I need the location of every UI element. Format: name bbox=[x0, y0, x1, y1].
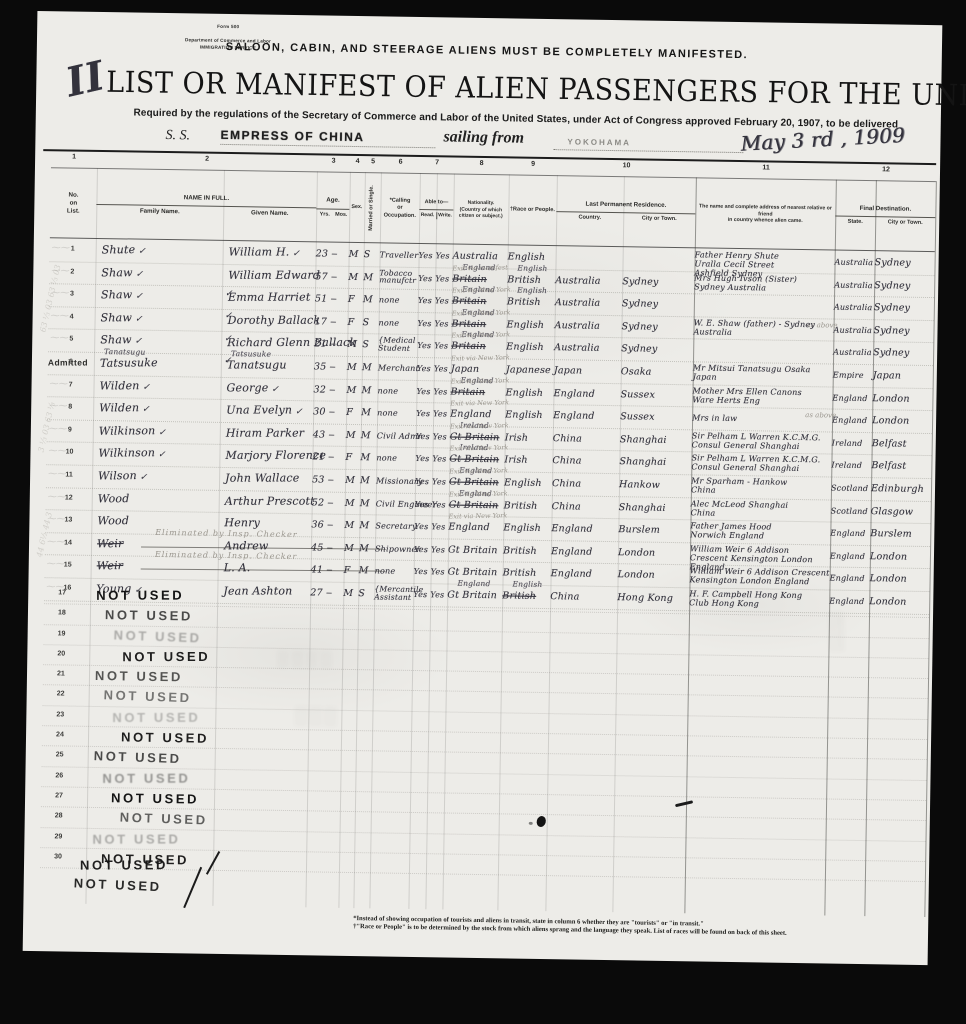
destination-state: Australia bbox=[834, 303, 873, 313]
cell-residence-country: Japan bbox=[554, 360, 621, 383]
col-number: 12 bbox=[836, 166, 936, 182]
row-number: 17 bbox=[58, 589, 66, 596]
cell-destination-city: Sydney bbox=[873, 320, 933, 343]
cell-race: English bbox=[505, 405, 553, 427]
residence-city: London bbox=[618, 569, 655, 581]
cell-given-name: Hiram Parker bbox=[220, 423, 313, 446]
can-read: Yes bbox=[415, 500, 429, 509]
nationality: Britain bbox=[452, 296, 487, 308]
cell-occupation: Traveller bbox=[379, 244, 418, 266]
pencil-correction: Tatsusuke bbox=[231, 349, 271, 359]
cell-family-name: Shaw✓ bbox=[95, 263, 222, 287]
residence-city: Shanghai bbox=[620, 434, 667, 446]
residence-city: Burslem bbox=[618, 524, 660, 536]
faint-margin-scribble: ⁓⁓ bbox=[50, 379, 69, 389]
given-name: Arthur Prescott bbox=[225, 494, 315, 507]
family-name: Wilden bbox=[99, 401, 139, 414]
check-mark: ✓ bbox=[135, 337, 143, 347]
cell-married-single: M bbox=[361, 380, 377, 402]
cell-residence-city bbox=[622, 248, 694, 271]
race-or-people: British bbox=[507, 297, 541, 309]
header-final-destination: Final Destination. State. City or Town. bbox=[835, 182, 936, 252]
can-read: Yes bbox=[418, 319, 432, 328]
cell-read: Yes bbox=[417, 313, 434, 335]
exit-via-note: Exit via New York bbox=[450, 421, 509, 430]
header-age: Age. Yrs. Mos. bbox=[316, 173, 350, 242]
cell-residence-city: Shanghai bbox=[619, 497, 691, 520]
race-or-people: English bbox=[503, 522, 541, 534]
not-used-stamp: NOT USED bbox=[103, 688, 191, 706]
relative-address: Father James Hood Norwich England bbox=[690, 521, 772, 540]
relative-address: Sir Pelham L Warren K.C.M.G. Consul Gene… bbox=[691, 454, 820, 474]
family-name: Shaw bbox=[100, 333, 132, 346]
cell-nationality: AustraliaExit via manifest bbox=[452, 246, 507, 268]
eliminated-note: Eliminated by Insp. Checker bbox=[155, 550, 297, 561]
cell-read: Yes bbox=[417, 358, 434, 380]
destination-city: Sydney bbox=[873, 325, 909, 337]
manifest-title: LIST OR MANIFEST OF ALIEN PASSENGERS FOR… bbox=[106, 66, 936, 113]
destination-state: Australia bbox=[835, 258, 874, 268]
destination-city: Belfast bbox=[871, 460, 906, 472]
cell-destination-city: Japan bbox=[873, 365, 933, 388]
cell-given-name: TatsusukeTanatsugu bbox=[221, 355, 314, 378]
nationality: England bbox=[450, 409, 492, 421]
occupation: Traveller bbox=[380, 250, 419, 260]
cell-relative-address: Mrs in lawas above bbox=[692, 407, 832, 431]
cell-residence-city: Osaka bbox=[621, 361, 693, 384]
residence-city: Sydney bbox=[621, 321, 657, 333]
can-read: Yes bbox=[416, 409, 430, 418]
destination-city: Sydney bbox=[873, 348, 909, 360]
cell-occupation: Secretary bbox=[375, 515, 414, 537]
age-years: 30 ‒ bbox=[313, 407, 335, 418]
family-name: Wood bbox=[97, 514, 129, 527]
cell-residence-city: Burslem bbox=[618, 519, 690, 542]
given-name: Hiram Parker bbox=[226, 426, 304, 439]
row-number: 19 bbox=[58, 630, 66, 637]
race-or-people: English bbox=[505, 387, 543, 399]
residence-country: Japan bbox=[554, 365, 583, 376]
destination-city: Edinburgh bbox=[871, 483, 924, 495]
cell-given-name: Emma Harriet✓ bbox=[222, 287, 315, 310]
race-or-people: English bbox=[506, 342, 544, 354]
cell-family-name: Shute✓ bbox=[96, 240, 223, 264]
nationality: Gt Britain bbox=[449, 476, 499, 488]
faint-margin-scribble: ⁓⁓ bbox=[48, 469, 67, 479]
cell-write: Yes bbox=[432, 494, 449, 516]
header-family-name: Family Name. bbox=[96, 207, 223, 217]
cell-sex: M bbox=[345, 492, 360, 514]
can-write: Yes bbox=[431, 568, 445, 577]
cell-read: Yes bbox=[418, 245, 435, 267]
exit-via-note: Exit via New York bbox=[451, 353, 510, 362]
cell-residence-country: England bbox=[551, 541, 618, 564]
can-write: Yes bbox=[436, 251, 450, 260]
race-or-people: Irish bbox=[504, 455, 527, 466]
cell-write: Yes bbox=[434, 358, 451, 380]
residence-city: Shanghai bbox=[619, 457, 666, 469]
cell-destination-state: Ireland bbox=[832, 432, 872, 454]
cell-residence-city: Hankow bbox=[619, 474, 691, 497]
cell-residence-country: England bbox=[551, 518, 618, 541]
cell-married-single: M bbox=[360, 447, 376, 469]
can-write: Yes bbox=[433, 432, 447, 441]
cell-family-name: Wood bbox=[92, 488, 219, 512]
can-write: Yes bbox=[434, 342, 448, 351]
can-read: Yes bbox=[415, 477, 429, 486]
sex: M bbox=[348, 271, 358, 282]
not-used-stamp: NOT USED bbox=[120, 810, 208, 828]
cell-age: 43 ‒ bbox=[313, 424, 346, 446]
cell-write: Yes bbox=[435, 290, 452, 312]
age-years: 32 ‒ bbox=[313, 384, 335, 395]
cell-residence-country: Australia bbox=[554, 338, 621, 361]
cell-race: British bbox=[503, 540, 551, 562]
cell-residence-city: London bbox=[617, 564, 689, 587]
marital-status: S bbox=[363, 317, 370, 328]
can-read: Yes bbox=[418, 296, 432, 305]
marital-status: M bbox=[361, 430, 371, 441]
row-number: 23 bbox=[56, 711, 64, 718]
marital-status: M bbox=[359, 520, 369, 531]
cell-sex: M bbox=[346, 425, 361, 447]
nationality: Gt Britain bbox=[448, 567, 498, 579]
relative-address: W. E. Shaw (father) - Sydney Australia bbox=[693, 318, 815, 338]
occupation: {Medical Student bbox=[378, 337, 415, 353]
cell-write: Yes bbox=[431, 539, 448, 561]
header-nationality: Nationality. (Country of which citizen o… bbox=[453, 176, 509, 245]
exit-via-note: Exit via New York bbox=[452, 308, 511, 317]
check-mark: ✓ bbox=[158, 450, 166, 460]
cell-destination-city: Sydney bbox=[874, 297, 934, 320]
not-used-stamp: NOT USED bbox=[122, 649, 210, 664]
cell-relative-address bbox=[694, 295, 834, 319]
sex: M bbox=[345, 497, 355, 508]
given-name: William H. bbox=[229, 245, 290, 258]
cell-married-single: S bbox=[362, 312, 378, 334]
check-mark: ✓ bbox=[292, 249, 300, 259]
cell-destination-state: Australia bbox=[834, 252, 874, 274]
destination-city: Sydney bbox=[875, 257, 911, 269]
cell-relative-address bbox=[693, 340, 833, 364]
col-number: 1 bbox=[51, 153, 97, 168]
cell-given-name: George✓ bbox=[220, 377, 313, 400]
race-or-people: English bbox=[504, 477, 542, 489]
header-read: Read. bbox=[419, 212, 436, 219]
destination-state: Scotland bbox=[831, 483, 868, 493]
sailing-port-stamp: YOKOHAMA bbox=[567, 137, 631, 147]
cell-sex: M bbox=[345, 470, 360, 492]
cell-relative-address: William Weir 6 Addison Crescent Kensingt… bbox=[689, 566, 829, 590]
col-number: 6 bbox=[381, 158, 420, 173]
cell-sex: M bbox=[348, 267, 363, 289]
can-read: Yes bbox=[415, 454, 429, 463]
cell-age: 52 ‒ bbox=[312, 492, 345, 514]
relative-address: Mrs Hugh Ivson (Sister) Sydney Australia bbox=[694, 273, 797, 293]
cell-race: British bbox=[504, 495, 552, 517]
given-name: Dorothy Ballack bbox=[228, 313, 321, 326]
can-read: Yes bbox=[414, 567, 428, 576]
check-mark: ✓ bbox=[142, 382, 150, 392]
cell-occupation: Tobacco manufctr bbox=[379, 267, 418, 289]
faint-margin-scribble: ⁓⁓ bbox=[47, 537, 66, 547]
pencil-correction: Tanatsugu bbox=[104, 347, 145, 357]
cell-occupation: Merchant bbox=[378, 357, 417, 379]
cell-destination-state: Scotland bbox=[831, 500, 871, 522]
ink-correction: English bbox=[517, 263, 547, 272]
manifest-notice: SALOON, CABIN, AND STEERAGE ALIENS MUST … bbox=[127, 39, 847, 62]
cell-destination-city: Sydney bbox=[874, 252, 934, 275]
marital-status: M bbox=[361, 407, 371, 418]
destination-city: London bbox=[872, 393, 909, 405]
cell-destination-state: England bbox=[830, 523, 870, 545]
nationality: Britain bbox=[451, 341, 486, 353]
cell-married-single: M bbox=[362, 357, 378, 379]
given-name: Una Evelyn bbox=[226, 404, 292, 417]
cell-family-name: Shaw✓ bbox=[94, 308, 221, 332]
cell-nationality: Gt Britain bbox=[448, 539, 503, 561]
not-used-stamp: NOT USED bbox=[105, 607, 193, 623]
admitted-stamp: Admitted bbox=[48, 357, 88, 367]
cell-occupation: {Medical Student bbox=[378, 335, 417, 357]
cell-read: Yes bbox=[417, 335, 434, 357]
cell-destination-state: Australia bbox=[834, 274, 874, 296]
cell-race: Japanese bbox=[506, 359, 554, 381]
race-or-people: English bbox=[505, 410, 543, 422]
given-name: John Wallace bbox=[225, 471, 299, 484]
race-or-people: British bbox=[507, 274, 541, 286]
header-mos: Mos. bbox=[333, 211, 349, 218]
destination-state: Australia bbox=[834, 280, 873, 290]
cell-destination-city: Burslem bbox=[870, 523, 930, 546]
check-mark: ✓ bbox=[271, 384, 279, 394]
header-married-label: Married or Single. bbox=[369, 185, 375, 231]
nationality: Gt Britain bbox=[449, 499, 499, 511]
ghost-stain: ▒▒▒ bbox=[294, 705, 339, 727]
cell-destination-state: Australia bbox=[834, 297, 874, 319]
header-write: Write. bbox=[436, 213, 454, 220]
cell-family-name: Wilkinson✓ bbox=[92, 443, 219, 467]
pen-slash-mark bbox=[183, 867, 202, 908]
race-or-people: Irish bbox=[505, 432, 528, 443]
cell-residence-city: Sydney bbox=[622, 293, 694, 316]
cell-read: Yes bbox=[416, 403, 433, 425]
can-read: Yes bbox=[416, 432, 430, 441]
cell-destination-state: England bbox=[830, 545, 870, 567]
sex: F bbox=[348, 294, 355, 305]
can-write: Yes bbox=[434, 364, 448, 373]
cell-race: EnglishBritish bbox=[507, 292, 555, 314]
check-mark: ✓ bbox=[142, 405, 150, 415]
handwritten-page-mark: II bbox=[62, 52, 109, 106]
cell-destination-city: Belfast bbox=[871, 455, 931, 478]
document-paper: Form 500 Department of Commerce and Labo… bbox=[23, 11, 943, 965]
col-number: 5 bbox=[365, 158, 381, 172]
sex: F bbox=[348, 317, 355, 328]
header-residence-label: Last Permanent Residence. bbox=[556, 200, 695, 211]
residence-country: China bbox=[553, 433, 582, 444]
cell-write: Yes bbox=[435, 245, 452, 267]
cell-occupation: none bbox=[379, 290, 418, 312]
can-write: Yes bbox=[432, 455, 446, 464]
cell-relative-address: Sir Pelham L Warren K.C.M.G. Consul Gene… bbox=[691, 453, 831, 477]
cell-occupation: Missionary bbox=[376, 470, 415, 492]
sailing-from-label: sailing from bbox=[443, 128, 524, 147]
header-last-permanent-residence: Last Permanent Residence. Country. City … bbox=[556, 177, 696, 247]
cell-destination-city: London bbox=[870, 546, 930, 569]
cell-write: Yes bbox=[432, 449, 449, 471]
cell-read: Yes bbox=[415, 471, 432, 493]
residence-city: Osaka bbox=[621, 366, 652, 377]
exit-via-note: Exit via New York bbox=[450, 444, 509, 453]
cell-sex: M bbox=[344, 515, 359, 537]
cell-given-name: Marjory Florence bbox=[219, 445, 312, 468]
cell-age: 23 ‒ bbox=[315, 243, 348, 265]
row-number: 26 bbox=[55, 772, 63, 779]
ink-correction: England bbox=[457, 579, 490, 589]
can-read: Yes bbox=[416, 387, 430, 396]
relative-address: Mother Mrs Ellen Canons Ware Herts Eng bbox=[692, 386, 802, 406]
cell-married-single: M bbox=[360, 493, 376, 515]
nationality: Britain bbox=[452, 273, 487, 285]
cell-sex: F bbox=[346, 402, 361, 424]
cell-given-name: Dorothy Ballack✓ bbox=[221, 310, 314, 333]
sex: M bbox=[346, 384, 356, 395]
given-name: L. A. bbox=[224, 561, 251, 574]
cell-write: Yes bbox=[431, 516, 448, 538]
cell-sex: F bbox=[345, 447, 360, 469]
can-read: Yes bbox=[417, 364, 431, 373]
header-age-label: Age. bbox=[316, 197, 349, 207]
destination-state: Australia bbox=[833, 325, 872, 335]
cell-occupation: Civil Engineer bbox=[376, 493, 415, 515]
cell-destination-city: London bbox=[872, 388, 932, 411]
cell-residence-country: China bbox=[552, 496, 619, 519]
row-number: 24 bbox=[56, 731, 64, 738]
check-mark: ✓ bbox=[295, 407, 303, 417]
residence-city: Sydney bbox=[622, 276, 658, 288]
nationality: Britain bbox=[451, 318, 486, 330]
marital-status: M bbox=[363, 272, 373, 283]
residence-country: Australia bbox=[555, 297, 601, 309]
header-occupation: *Calling or Occupation. bbox=[380, 174, 420, 243]
destination-state: Scotland bbox=[831, 506, 868, 516]
destination-state: England bbox=[832, 416, 867, 426]
cell-destination-state: England bbox=[829, 568, 869, 590]
eliminated-note: Eliminated by Insp. Checker bbox=[155, 528, 297, 539]
cell-residence-country: England bbox=[553, 405, 620, 428]
residence-country: China bbox=[552, 478, 581, 489]
not-used-stamp-extra: NOT USED bbox=[73, 875, 162, 894]
exit-via-note: Exit via New York bbox=[449, 466, 508, 475]
can-read: Yes bbox=[414, 522, 428, 531]
destination-city: London bbox=[872, 415, 909, 427]
cell-age: 36 ‒ bbox=[311, 514, 344, 536]
nationality: England bbox=[448, 522, 490, 534]
cell-race: English bbox=[503, 517, 551, 539]
nationality: Gt Britain bbox=[449, 454, 499, 466]
header-city: City or Town. bbox=[623, 216, 695, 224]
check-mark: ✓ bbox=[136, 269, 144, 279]
cell-relative-address: William Weir 6 Addison Crescent Kensingt… bbox=[690, 543, 830, 567]
cell-married-single: M bbox=[361, 425, 377, 447]
row-number: 21 bbox=[57, 671, 65, 678]
row-number: 28 bbox=[55, 813, 63, 820]
occupation: none bbox=[377, 386, 398, 395]
exit-via-note: Exit via New York bbox=[449, 489, 508, 498]
header-sex: Sex. bbox=[349, 174, 365, 242]
cell-residence-country: Australia bbox=[555, 270, 622, 293]
cell-destination-city: Edinburgh bbox=[871, 478, 931, 501]
cell-destination-city: Sydney bbox=[874, 275, 934, 298]
cell-residence-city: Sussex bbox=[620, 384, 692, 407]
age-years: 36 ‒ bbox=[311, 519, 333, 530]
can-write: Yes bbox=[435, 319, 449, 328]
cell-family-name: WeirEliminated by Insp. Checker bbox=[91, 556, 218, 580]
not-used-stamp: NOT USED bbox=[92, 831, 180, 846]
destination-state: Empire bbox=[833, 370, 864, 379]
marital-status: M bbox=[360, 452, 370, 463]
residence-city: Hankow bbox=[619, 479, 660, 491]
ghost-stain: ▒▒▒▒ bbox=[277, 651, 335, 670]
cell-destination-city: Belfast bbox=[872, 433, 932, 456]
family-name: Shaw bbox=[101, 266, 133, 279]
race-or-people: British bbox=[503, 568, 537, 580]
cell-race: English bbox=[504, 472, 552, 494]
exit-via-note: Exit via New York bbox=[450, 399, 509, 408]
header-relative-address: The name and complete address of nearest… bbox=[695, 179, 836, 249]
family-name: Tatsusuke bbox=[100, 356, 158, 370]
given-name: William Edward bbox=[228, 268, 320, 281]
residence-country: China bbox=[552, 501, 581, 512]
cell-write: Yes bbox=[430, 562, 447, 584]
can-write: Yes bbox=[435, 274, 449, 283]
cell-read: Yes bbox=[414, 516, 431, 538]
cell-relative-address: Father Henry Shute Uralla Cecil Street A… bbox=[694, 249, 834, 273]
exit-via-note: Exit via New York bbox=[452, 286, 511, 295]
residence-country: Australia bbox=[554, 320, 600, 332]
not-used-stamp: NOT USED bbox=[102, 770, 190, 785]
race-or-people: British bbox=[504, 500, 538, 512]
can-read: Yes bbox=[419, 251, 433, 260]
ink-correction: English bbox=[512, 579, 542, 588]
check-mark: ✓ bbox=[135, 314, 143, 324]
cell-residence-country: England bbox=[553, 383, 620, 406]
can-write: Yes bbox=[431, 545, 445, 554]
cell-residence-city: Shanghai bbox=[620, 429, 692, 452]
occupation: Secretary bbox=[375, 521, 417, 531]
residence-country: England bbox=[553, 388, 595, 400]
cell-residence-country: England bbox=[550, 563, 617, 586]
destination-state: Ireland bbox=[832, 438, 863, 447]
cell-write: Yes bbox=[434, 313, 451, 335]
ship-name-stamp: EMPRESS OF CHINA bbox=[220, 128, 364, 144]
destination-state: England bbox=[830, 529, 865, 539]
relative-address: Mrs in law bbox=[692, 413, 737, 423]
cell-race: English bbox=[506, 314, 554, 336]
cell-age: 53 ‒ bbox=[312, 469, 345, 491]
cell-sex: M bbox=[346, 379, 361, 401]
marital-status: M bbox=[362, 362, 372, 373]
faint-margin-scribble: ⁓⁓ bbox=[48, 492, 67, 502]
destination-city: Glasgow bbox=[871, 506, 914, 518]
cell-married-single: S bbox=[363, 244, 379, 266]
given-name: George bbox=[227, 381, 269, 394]
row-number: 18 bbox=[58, 610, 66, 617]
cell-family-name: Wilden✓ bbox=[93, 375, 220, 399]
residence-country: Australia bbox=[555, 275, 601, 287]
relative-address: Sir Pelham L Warren K.C.M.G. Consul Gene… bbox=[692, 431, 821, 451]
